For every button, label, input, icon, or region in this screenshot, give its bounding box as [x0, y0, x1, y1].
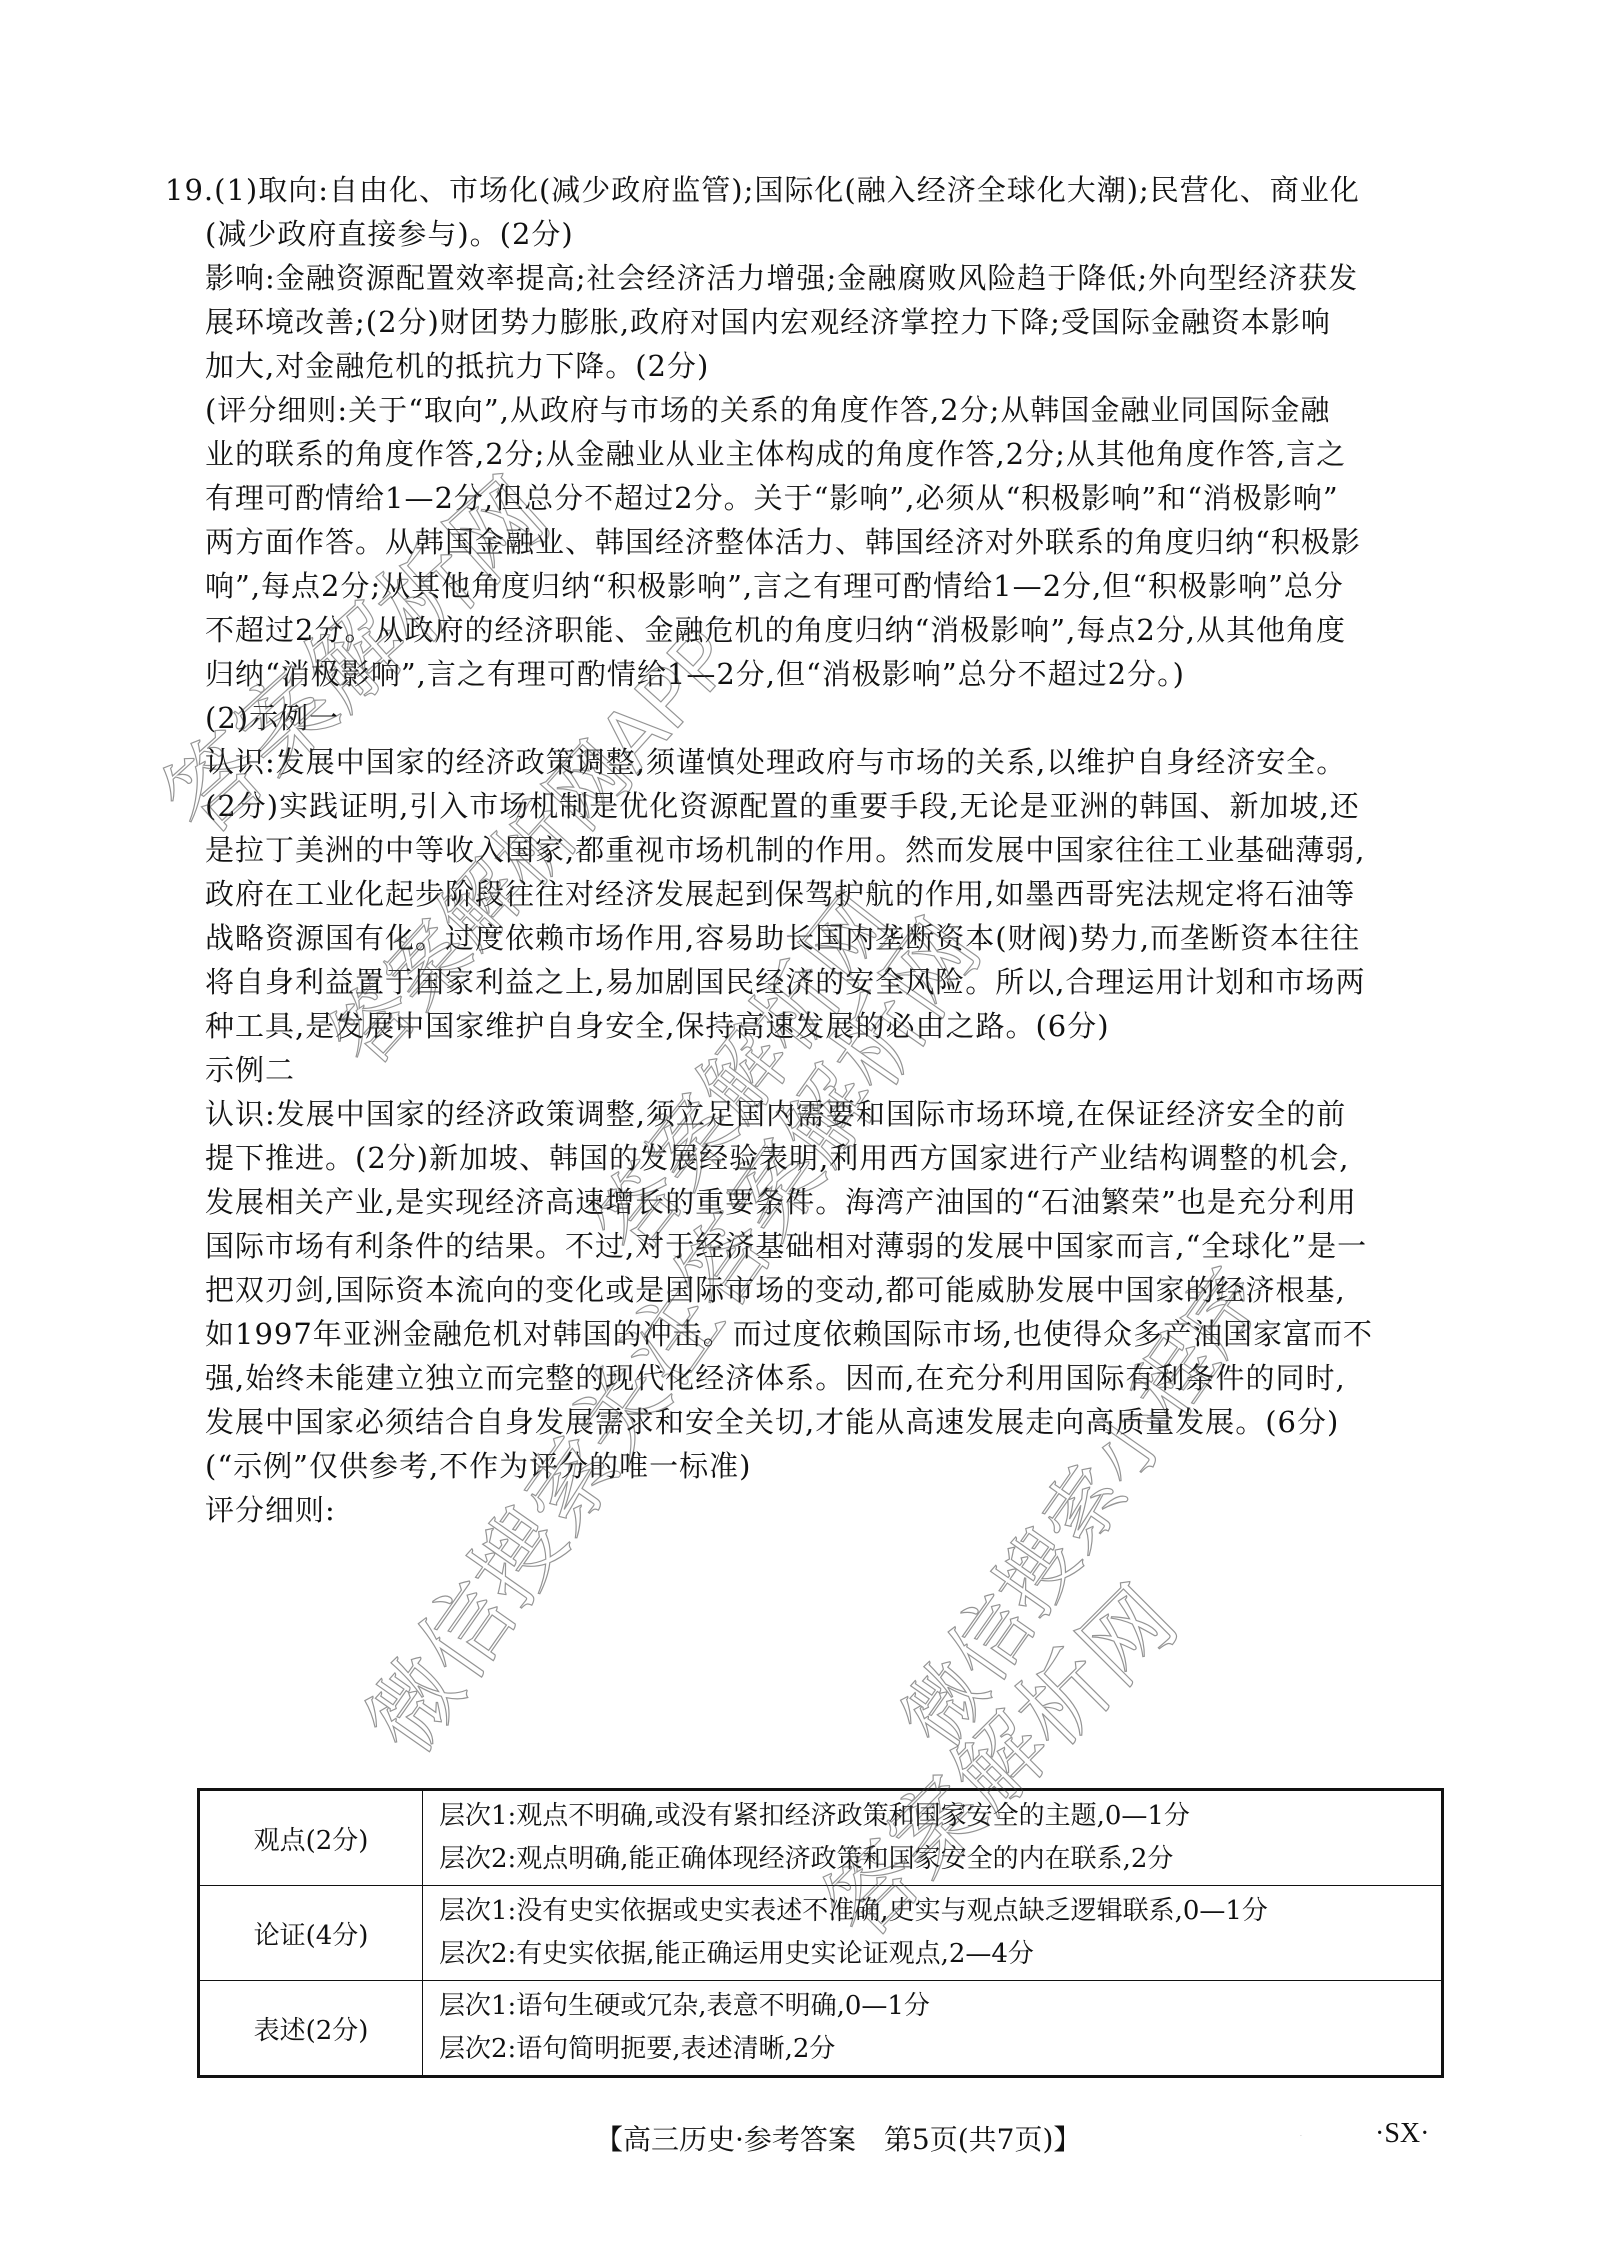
example-line: 发展相关产业,是实现经济高速增长的重要条件。海湾产油国的“石油繁荣”也是充分利用	[165, 1180, 1455, 1224]
scoring-note-line: 不超过2分。从政府的经济职能、金融危机的角度归纳“消极影响”,每点2分,从其他角…	[165, 608, 1455, 652]
page-footer: 【高三历史·参考答案 第5页(共7页)】 · ·SX·	[0, 2118, 1603, 2162]
example-line: 将自身利益置于国家利益之上,易加剧国民经济的安全风险。所以,合理运用计划和市场两	[165, 960, 1455, 1004]
example-heading: 示例二	[165, 1048, 1455, 1092]
answer-line: 加大,对金融危机的抵抗力下降。(2分)	[165, 344, 1455, 388]
example-line: 认识:发展中国家的经济政策调整,须立足国内需要和国际市场环境,在保证经济安全的前	[165, 1092, 1455, 1136]
document-page: 19.(1)取向:自由化、市场化(减少政府监管);国际化(融入经济全球化大潮);…	[0, 0, 1603, 2252]
scoring-note-line: (评分细则:关于“取向”,从政府与市场的关系的角度作答,2分;从韩国金融业同国际…	[165, 388, 1455, 432]
example-line: 把双刃剑,国际资本流向的变化或是国际市场的变动,都可能威胁发展中国家的经济根基,	[165, 1268, 1455, 1312]
example-line: 提下推进。(2分)新加坡、韩国的发展经验表明,利用西方国家进行产业结构调整的机会…	[165, 1136, 1455, 1180]
question-number: 19.	[165, 173, 214, 207]
example-line: 是拉丁美洲的中等收入国家,都重视市场机制的作用。然而发展中国家往往工业基础薄弱,	[165, 828, 1455, 872]
example-line: 种工具,是发展中国家维护自身安全,保持高速发展的必由之路。(6分)	[165, 1004, 1455, 1048]
rubric-level: 层次1:语句生硬或冗杂,表意不明确,0—1分	[439, 1985, 1440, 2028]
answer-line: 影响:金融资源配置效率提高;社会经济活力增强;金融腐败风险趋于降低;外向型经济获…	[165, 256, 1455, 300]
rubric-levels: 层次1:语句生硬或冗杂,表意不明确,0—1分 层次2:语句简明扼要,表述清晰,2…	[423, 1981, 1443, 2077]
rubric-table: 观点(2分) 层次1:观点不明确,或没有紧扣经济政策和国家安全的主题,0—1分 …	[197, 1788, 1444, 2078]
answer-content: 19.(1)取向:自由化、市场化(减少政府监管);国际化(融入经济全球化大潮);…	[165, 168, 1455, 1532]
rubric-heading: 评分细则:	[165, 1488, 1455, 1532]
table-row: 表述(2分) 层次1:语句生硬或冗杂,表意不明确,0—1分 层次2:语句简明扼要…	[199, 1981, 1443, 2077]
footer-code: ·SX·	[1375, 2118, 1429, 2150]
example-heading: (2)示例一	[165, 696, 1455, 740]
footer-title: 【高三历史·参考答案 第5页(共7页)】	[595, 2118, 1081, 2158]
example-line: 政府在工业化起步阶段往往对经济发展起到保驾护航的作用,如墨西哥宪法规定将石油等	[165, 872, 1455, 916]
rubric-level: 层次2:语句简明扼要,表述清晰,2分	[439, 2028, 1440, 2071]
answer-line: 展环境改善;(2分)财团势力膨胀,政府对国内宏观经济掌控力下降;受国际金融资本影…	[165, 300, 1455, 344]
example-note: (“示例”仅供参考,不作为评分的唯一标准)	[165, 1444, 1455, 1488]
scoring-note-line: 业的联系的角度作答,2分;从金融业从业主体构成的角度作答,2分;从其他角度作答,…	[165, 432, 1455, 476]
example-line: (2分)实践证明,引入市场机制是优化资源配置的重要手段,无论是亚洲的韩国、新加坡…	[165, 784, 1455, 828]
table-row: 论证(4分) 层次1:没有史实依据或史实表述不准确,史实与观点缺乏逻辑联系,0—…	[199, 1886, 1443, 1981]
tiny-mark: ·	[1300, 2133, 1302, 2140]
example-line: 战略资源国有化。过度依赖市场作用,容易助长国内垄断资本(财阀)势力,而垄断资本往…	[165, 916, 1455, 960]
answer-line: (减少政府直接参与)。(2分)	[165, 212, 1455, 256]
scoring-note-line: 归纳“消极影响”,言之有理可酌情给1—2分,但“消极影响”总分不超过2分。)	[165, 652, 1455, 696]
scoring-note-line: 有理可酌情给1—2分,但总分不超过2分。关于“影响”,必须从“积极影响”和“消极…	[165, 476, 1455, 520]
rubric-level: 层次1:观点不明确,或没有紧扣经济政策和国家安全的主题,0—1分	[439, 1795, 1440, 1838]
example-line: 强,始终未能建立独立而完整的现代化经济体系。因而,在充分利用国际有利条件的同时,	[165, 1356, 1455, 1400]
rubric-level: 层次1:没有史实依据或史实表述不准确,史实与观点缺乏逻辑联系,0—1分	[439, 1890, 1440, 1933]
rubric-levels: 层次1:没有史实依据或史实表述不准确,史实与观点缺乏逻辑联系,0—1分 层次2:…	[423, 1886, 1443, 1981]
scoring-note-line: 两方面作答。从韩国金融业、韩国经济整体活力、韩国经济对外联系的角度归纳“积极影	[165, 520, 1455, 564]
rubric-category: 表述(2分)	[199, 1981, 423, 2077]
answer-line: 19.(1)取向:自由化、市场化(减少政府监管);国际化(融入经济全球化大潮);…	[165, 168, 1455, 212]
example-line: 认识:发展中国家的经济政策调整,须谨慎处理政府与市场的关系,以维护自身经济安全。	[165, 740, 1455, 784]
example-line: 发展中国家必须结合自身发展需求和安全关切,才能从高速发展走向高质量发展。(6分)	[165, 1400, 1455, 1444]
example-line: 国际市场有利条件的结果。不过,对于经济基础相对薄弱的发展中国家而言,“全球化”是…	[165, 1224, 1455, 1268]
rubric-level: 层次2:有史实依据,能正确运用史实论证观点,2—4分	[439, 1933, 1440, 1976]
example-line: 如1997年亚洲金融危机对韩国的冲击。而过度依赖国际市场,也使得众多产油国家富而…	[165, 1312, 1455, 1356]
table-row: 观点(2分) 层次1:观点不明确,或没有紧扣经济政策和国家安全的主题,0—1分 …	[199, 1790, 1443, 1886]
rubric-levels: 层次1:观点不明确,或没有紧扣经济政策和国家安全的主题,0—1分 层次2:观点明…	[423, 1790, 1443, 1886]
scoring-note-line: 响”,每点2分;从其他角度归纳“积极影响”,言之有理可酌情给1—2分,但“积极影…	[165, 564, 1455, 608]
rubric-category: 论证(4分)	[199, 1886, 423, 1981]
rubric-category: 观点(2分)	[199, 1790, 423, 1886]
rubric-level: 层次2:观点明确,能正确体现经济政策和国家安全的内在联系,2分	[439, 1838, 1440, 1881]
